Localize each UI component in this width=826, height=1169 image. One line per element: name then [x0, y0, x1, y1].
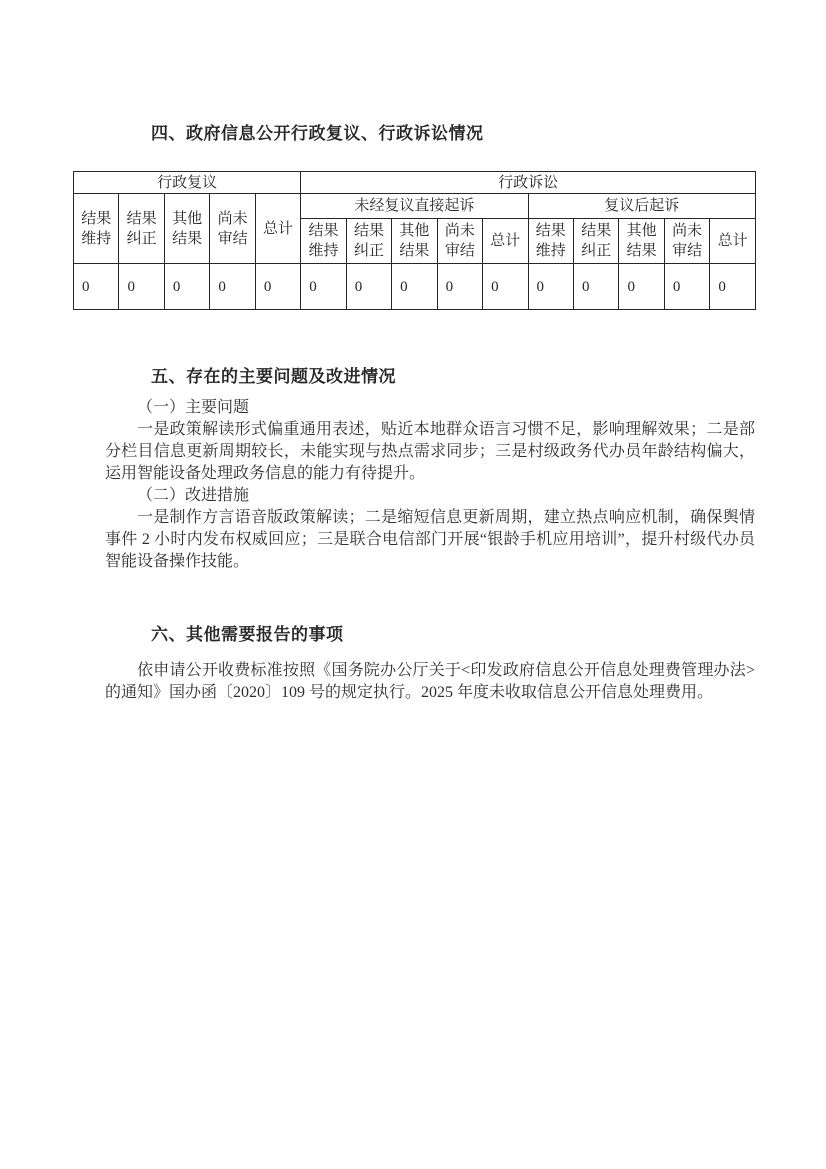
subheading-main-problems: （一）主要问题 [105, 397, 755, 419]
section4-heading: 四、政府信息公开行政复议、行政诉讼情况 [151, 123, 484, 145]
header-other-result: 其他结果 [392, 219, 437, 264]
value-cell: 0 [346, 264, 391, 310]
paragraph-improvement-measures: 一是制作方言语音版政策解读；二是缩短信息更新周期，建立热点响应机制，确保舆情事件… [105, 507, 755, 573]
section5-body: （一）主要问题 一是政策解读形式偏重通用表述，贴近本地群众语言习惯不足，影响理解… [105, 397, 755, 573]
section6-heading: 六、其他需要报告的事项 [151, 624, 344, 646]
header-other-result: 其他结果 [164, 194, 209, 264]
table-row-top-headers: 行政复议 行政诉讼 [74, 172, 756, 194]
header-lawsuit-after-review: 复议后起诉 [528, 194, 755, 219]
value-cell: 0 [164, 264, 209, 310]
header-result-corrected: 结果纠正 [573, 219, 618, 264]
header-pending: 尚未审结 [210, 194, 255, 264]
value-cell: 0 [528, 264, 573, 310]
value-cell: 0 [74, 264, 119, 310]
table-row-group-headers: 结果维持 结果纠正 其他结果 尚未审结 总计 未经复议直接起诉 复议后起诉 [74, 194, 756, 219]
header-total: 总计 [483, 219, 528, 264]
header-direct-lawsuit: 未经复议直接起诉 [301, 194, 528, 219]
header-admin-reconsideration: 行政复议 [74, 172, 301, 194]
value-cell: 0 [619, 264, 664, 310]
table-row-values: 0 0 0 0 0 0 0 0 0 0 0 0 0 0 0 [74, 264, 756, 310]
header-result-corrected: 结果纠正 [346, 219, 391, 264]
subheading-improvement-measures: （二）改进措施 [105, 485, 755, 507]
header-result-upheld: 结果维持 [528, 219, 573, 264]
paragraph-main-problems: 一是政策解读形式偏重通用表述，贴近本地群众语言习惯不足，影响理解效果；二是部分栏… [105, 419, 755, 485]
value-cell: 0 [710, 264, 756, 310]
value-cell: 0 [573, 264, 618, 310]
header-result-upheld: 结果维持 [301, 219, 346, 264]
header-result-upheld: 结果维持 [74, 194, 119, 264]
value-cell: 0 [664, 264, 709, 310]
section5-heading: 五、存在的主要问题及改进情况 [151, 366, 396, 388]
value-cell: 0 [392, 264, 437, 310]
value-cell: 0 [483, 264, 528, 310]
value-cell: 0 [437, 264, 482, 310]
header-pending: 尚未审结 [437, 219, 482, 264]
admin-review-litigation-table: 行政复议 行政诉讼 结果维持 结果纠正 其他结果 尚未审结 总计 未经复议直接起… [73, 171, 756, 310]
paragraph-other-matters: 依申请公开收费标准按照《国务院办公厅关于<印发政府信息公开信息处理费管理办法>的… [105, 660, 755, 704]
header-total: 总计 [255, 194, 300, 264]
value-cell: 0 [210, 264, 255, 310]
header-result-corrected: 结果纠正 [119, 194, 164, 264]
value-cell: 0 [255, 264, 300, 310]
header-pending: 尚未审结 [664, 219, 709, 264]
header-total: 总计 [710, 219, 756, 264]
document-page: 四、政府信息公开行政复议、行政诉讼情况 行政复议 行政诉讼 结果维持 结果纠正 … [0, 0, 826, 1169]
header-other-result: 其他结果 [619, 219, 664, 264]
header-admin-litigation: 行政诉讼 [301, 172, 756, 194]
value-cell: 0 [301, 264, 346, 310]
value-cell: 0 [119, 264, 164, 310]
